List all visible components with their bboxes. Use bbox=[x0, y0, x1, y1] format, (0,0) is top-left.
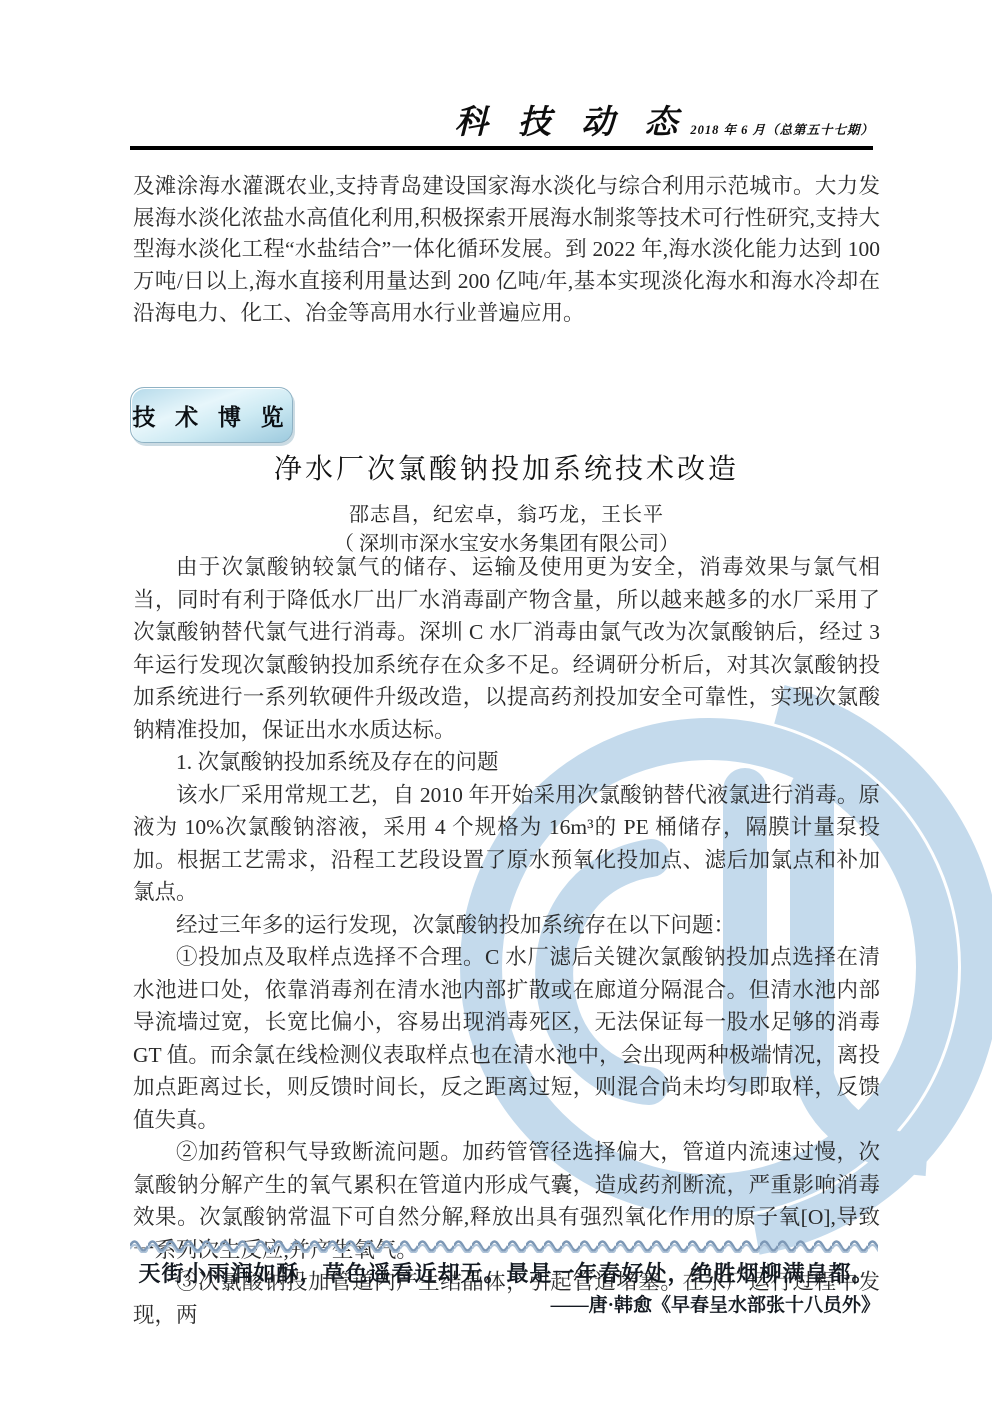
article-paragraph: ①投加点及取样点选择不合理。C 水厂滤后关键次氯酸钠投加点选择在清水池进口处，依… bbox=[133, 941, 880, 1136]
article-title: 净水厂次氯酸钠投加系统技术改造 bbox=[133, 447, 880, 487]
section-badge-label: 技 术 博 览 bbox=[132, 399, 290, 432]
masthead-title: 科 技 动 态 bbox=[455, 96, 689, 143]
masthead-issue-date: 2018 年 6 月（总第五十七期） bbox=[690, 120, 874, 143]
header-rule bbox=[130, 146, 873, 150]
section-badge-tech-review: 技 术 博 览 bbox=[130, 387, 293, 443]
article-authors: 邵志昌，纪宏卓，翁巧龙，王长平 bbox=[133, 498, 880, 527]
article-paragraph: 该水厂采用常规工艺，自 2010 年开始采用次氯酸钠替代液氯进行消毒。原液为 1… bbox=[133, 779, 880, 909]
footer-wave-divider bbox=[130, 1239, 878, 1253]
masthead: 科 技 动 态 2018 年 6 月（总第五十七期） bbox=[455, 96, 874, 143]
continued-paragraph: 及滩涂海水灌溉农业,支持青岛建设国家海水淡化与综合利用示范城市。大力发展海水淡化… bbox=[133, 171, 880, 330]
document-page: 科 技 动 态 2018 年 6 月（总第五十七期） 及滩涂海水灌溉农业,支持青… bbox=[0, 0, 992, 1403]
article-paragraph: 由于次氯酸钠较氯气的储存、运输及使用更为安全，消毒效果与氯气相当，同时有利于降低… bbox=[133, 551, 880, 746]
article-paragraph: 经过三年多的运行发现，次氯酸钠投加系统存在以下问题： bbox=[133, 909, 880, 942]
footer-poem-attribution: ——唐·韩愈《早春呈水部张十八员外》 bbox=[133, 1290, 880, 1317]
footer-poem: 天街小雨润如酥，草色遥看近却无。最是一年春好处，绝胜烟柳满皇都。 bbox=[133, 1257, 880, 1288]
article-section-heading: 1. 次氯酸钠投加系统及存在的问题 bbox=[133, 746, 880, 779]
article-body: 由于次氯酸钠较氯气的储存、运输及使用更为安全，消毒效果与氯气相当，同时有利于降低… bbox=[133, 551, 880, 1331]
